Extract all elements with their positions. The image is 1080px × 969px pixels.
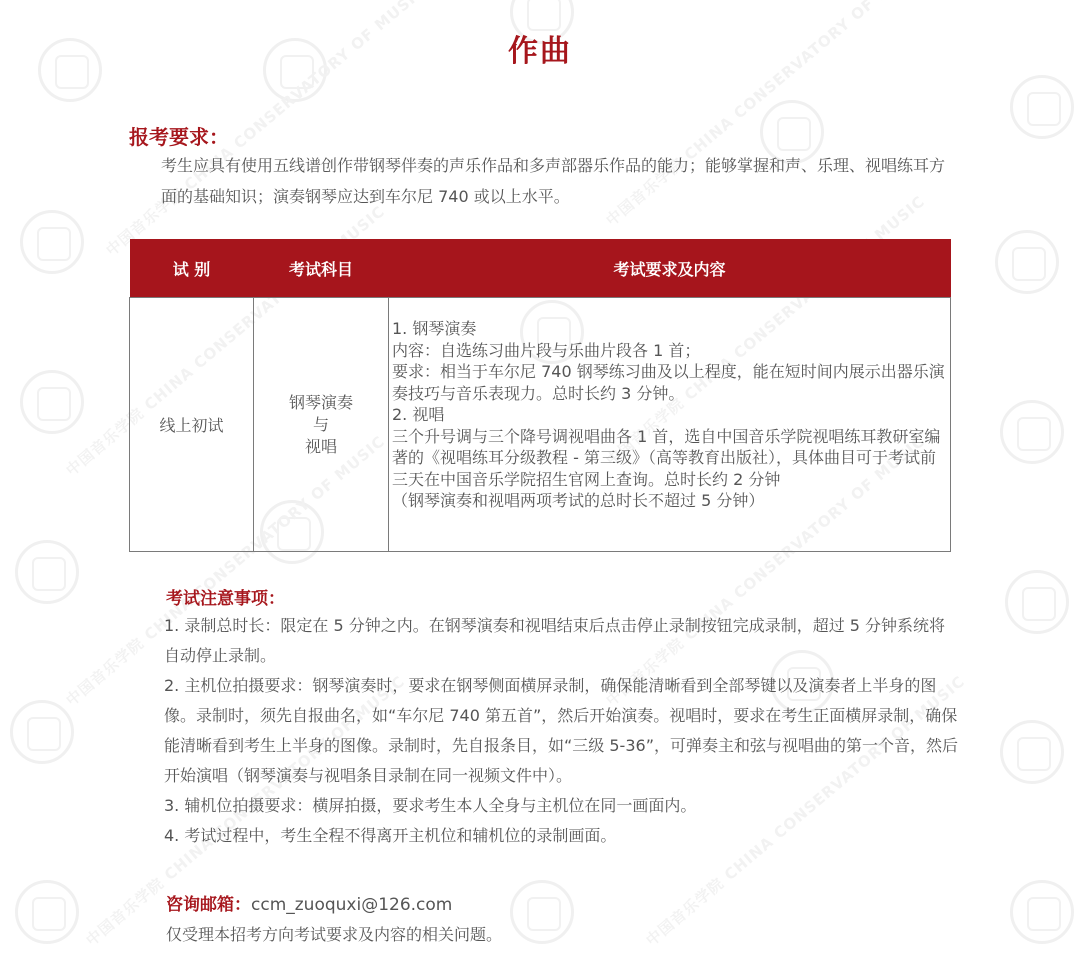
content-line: 1. 钢琴演奏 xyxy=(392,318,948,340)
subject-line: 与 xyxy=(255,414,387,436)
note-item: 4. 考试过程中，考生全程不得离开主机位和辅机位的录制画面。 xyxy=(129,821,959,851)
content-line: 2. 视唱 xyxy=(392,404,948,426)
header-subject: 考试科目 xyxy=(254,239,389,298)
watermark-seal-icon xyxy=(10,700,74,764)
requirements-paragraph: 考生应具有使用五线谱创作带钢琴伴奏的声乐作品和多声部器乐作品的能力；能够掌握和声… xyxy=(129,150,959,212)
watermark-seal-icon xyxy=(995,230,1059,294)
table-header-row: 试 别 考试科目 考试要求及内容 xyxy=(130,239,951,298)
note-item: 3. 辅机位拍摄要求：横屏拍摄，要求考生本人全身与主机位在同一画面内。 xyxy=(129,791,959,821)
notes-list: 1. 录制总时长：限定在 5 分钟之内。在钢琴演奏和视唱结束后点击停止录制按钮完… xyxy=(129,611,959,851)
watermark-seal-icon xyxy=(1000,400,1064,464)
watermark-seal-icon xyxy=(20,370,84,434)
content-line: 要求：相当于车尔尼 740 钢琴练习曲及以上程度，能在短时间内展示出器乐演奏技巧… xyxy=(392,361,948,404)
cell-content: 1. 钢琴演奏 内容：自选练习曲片段与乐曲片段各 1 首； 要求：相当于车尔尼 … xyxy=(389,298,951,552)
watermark-seal-icon xyxy=(20,210,84,274)
requirements-text: 考生应具有使用五线谱创作带钢琴伴奏的声乐作品和多声部器乐作品的能力；能够掌握和声… xyxy=(129,150,959,212)
contact-email[interactable]: ccm_zuoquxi@126.com xyxy=(251,895,452,915)
content-line: 内容：自选练习曲片段与乐曲片段各 1 首； xyxy=(392,340,948,362)
requirements-heading: 报考要求： xyxy=(129,121,229,150)
table-row: 线上初试 钢琴演奏 与 视唱 1. 钢琴演奏 内容：自选练习曲片段与乐曲片段各 … xyxy=(130,298,951,552)
watermark-seal-icon xyxy=(15,540,79,604)
watermark-seal-icon xyxy=(1010,75,1074,139)
cell-subject: 钢琴演奏 与 视唱 xyxy=(254,298,389,552)
notes-heading: 考试注意事项： xyxy=(166,584,285,609)
header-content: 考试要求及内容 xyxy=(389,239,951,298)
watermark-seal-icon xyxy=(1000,720,1064,784)
note-item: 1. 录制总时长：限定在 5 分钟之内。在钢琴演奏和视唱结束后点击停止录制按钮完… xyxy=(129,611,959,671)
watermark-seal-icon xyxy=(510,880,574,944)
watermark-seal-icon xyxy=(1005,570,1069,634)
subject-line: 视唱 xyxy=(255,436,387,458)
cell-round: 线上初试 xyxy=(130,298,254,552)
note-item: 2. 主机位拍摄要求：钢琴演奏时，要求在钢琴侧面横屏录制，确保能清晰看到全部琴键… xyxy=(129,671,959,791)
content-line: 三个升号调与三个降号调视唱曲各 1 首，选自中国音乐学院视唱练耳教研室编著的《视… xyxy=(392,426,948,491)
subject-line: 钢琴演奏 xyxy=(255,392,387,414)
watermark-seal-icon xyxy=(1010,880,1074,944)
watermark-seal-icon xyxy=(15,880,79,944)
header-round: 试 别 xyxy=(130,239,254,298)
page-title: 作曲 xyxy=(0,26,1080,70)
contact-label: 咨询邮箱： xyxy=(166,895,251,915)
contact-row: 咨询邮箱：ccm_zuoquxi@126.com xyxy=(166,890,452,915)
contact-note: 仅受理本招考方向考试要求及内容的相关问题。 xyxy=(166,922,502,945)
exam-table: 试 别 考试科目 考试要求及内容 线上初试 钢琴演奏 与 视唱 1. 钢琴演奏 … xyxy=(129,239,951,552)
content-line: （钢琴演奏和视唱两项考试的总时长不超过 5 分钟） xyxy=(392,490,948,512)
